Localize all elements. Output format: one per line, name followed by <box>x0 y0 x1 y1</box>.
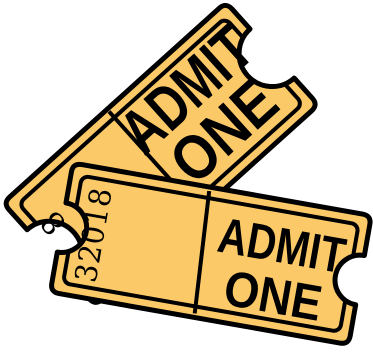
front-ticket: 32018 ADMIT ONE <box>50 163 371 345</box>
tickets-illustration: 8 ADMIT ONE 32018 ADMIT ONE <box>0 0 373 362</box>
tickets-svg: 8 ADMIT ONE 32018 ADMIT ONE <box>0 0 373 362</box>
